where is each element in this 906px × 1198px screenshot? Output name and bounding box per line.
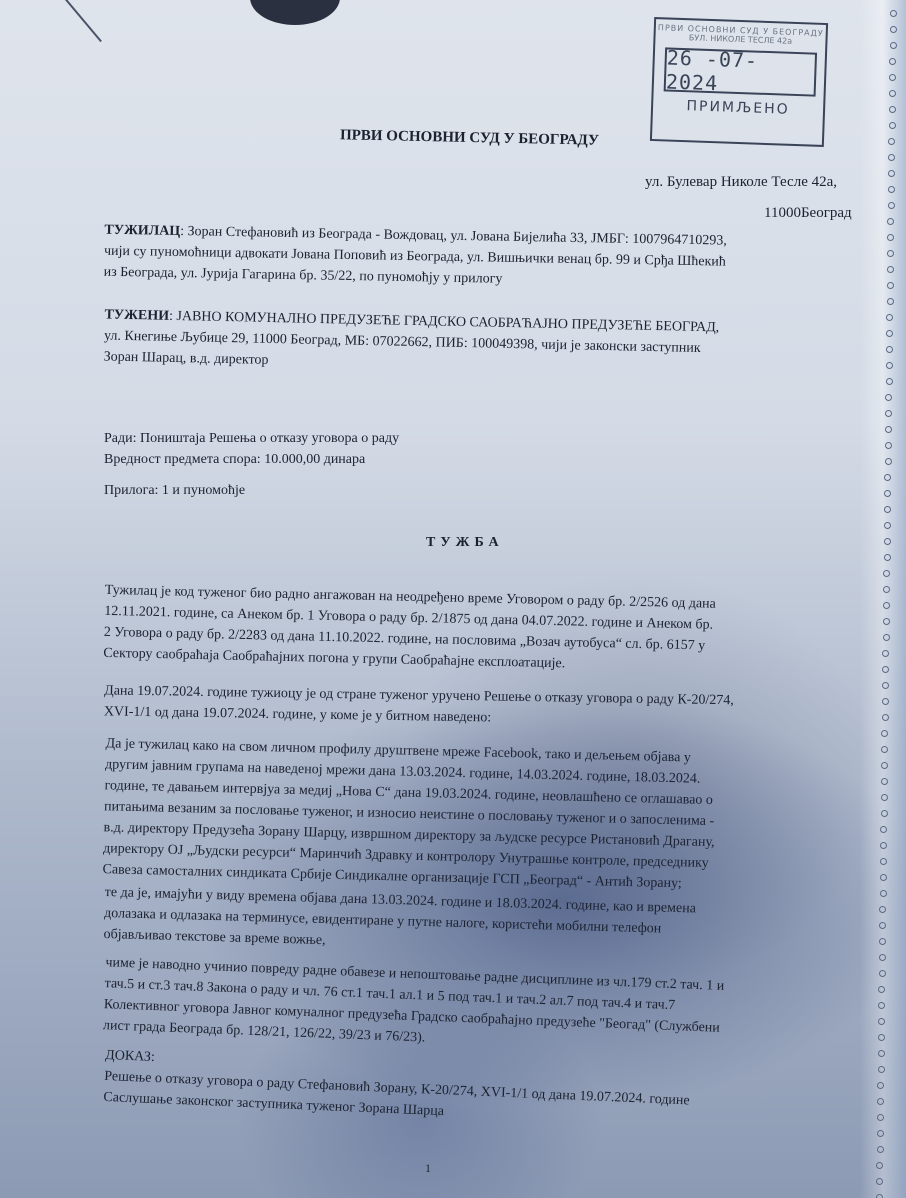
punch-hole [886, 314, 893, 321]
punch-hole [881, 730, 888, 737]
punch-hole [887, 234, 894, 241]
punch-hole [877, 1130, 884, 1137]
punch-hole [884, 474, 891, 481]
punch-hole [885, 394, 892, 401]
punch-hole [884, 506, 891, 513]
punch-hole [884, 490, 891, 497]
punch-hole [886, 346, 893, 353]
stamp-status: ПРИМЉЕНО [653, 97, 823, 119]
punch-hole [884, 538, 891, 545]
court-address-line1: ул. Булевар Николе Тесле 42а, [645, 172, 837, 192]
punch-hole [878, 1034, 885, 1041]
punch-hole [882, 682, 889, 689]
plaintiff-label: ТУЖИЛАЦ [104, 223, 180, 239]
punch-hole [889, 106, 896, 113]
punch-hole [889, 122, 896, 129]
punch-hole [885, 458, 892, 465]
punch-hole [889, 58, 896, 65]
punch-hole [885, 442, 892, 449]
punch-hole [879, 938, 886, 945]
punch-hole [879, 922, 886, 929]
punch-hole [879, 970, 886, 977]
punch-hole [883, 602, 890, 609]
punch-hole [881, 778, 888, 785]
body-paragraph-1: Тужилац је код туженог био радно ангажов… [103, 580, 825, 680]
punch-hole [885, 410, 892, 417]
punch-hole [881, 810, 888, 817]
punch-hole [887, 282, 894, 289]
punch-hole [889, 74, 896, 81]
punch-hole [883, 618, 890, 625]
punch-hole [888, 138, 895, 145]
punch-hole [878, 986, 885, 993]
punch-hole [876, 1162, 883, 1169]
punch-hole [882, 714, 889, 721]
sheet-protector-edge [860, 0, 906, 1198]
punch-hole [887, 266, 894, 273]
punch-hole [886, 362, 893, 369]
punch-hole [883, 570, 890, 577]
plaintiff-section: ТУЖИЛАЦ: Зоран Стефановић из Београда - … [104, 220, 825, 296]
page-number: 1 [425, 1158, 431, 1178]
punch-hole [883, 634, 890, 641]
punch-hole [889, 90, 896, 97]
punch-hole [878, 1002, 885, 1009]
case-info: Ради: Поништаја Решења о отказу уговора … [104, 428, 824, 501]
court-address-line2: 11000Београд [764, 203, 852, 223]
punch-hole [878, 1066, 885, 1073]
body-paragraph-3: Да је тужилац како на свом личном профил… [102, 733, 825, 898]
punch-hole [877, 1098, 884, 1105]
punch-hole [878, 1018, 885, 1025]
punch-hole [888, 202, 895, 209]
punch-hole [890, 42, 897, 49]
punch-hole [883, 586, 890, 593]
case-value: Вредност предмета спора: 10.000,00 динар… [104, 449, 824, 470]
punch-hole [882, 666, 889, 673]
punch-hole [882, 698, 889, 705]
punch-hole [886, 330, 893, 337]
punch-hole [890, 10, 897, 17]
stamp-date: 26 -07- 2024 [664, 47, 817, 96]
punch-hole [888, 186, 895, 193]
punch-hole [880, 858, 887, 865]
punch-hole [887, 298, 894, 305]
punch-hole [880, 890, 887, 897]
received-stamp: ПРВИ ОСНОВНИ СУД У БЕОГРАДУ БУЛ. НИКОЛЕ … [650, 17, 828, 147]
punch-hole [876, 1178, 883, 1185]
punch-hole [879, 906, 886, 913]
punch-hole [880, 826, 887, 833]
punch-hole [890, 26, 897, 33]
punch-hole [881, 762, 888, 769]
punch-hole [880, 842, 887, 849]
punch-hole [884, 522, 891, 529]
defendant-label: ТУЖЕНИ [104, 307, 169, 323]
punch-hole [884, 554, 891, 561]
punch-hole [888, 170, 895, 177]
punch-hole [879, 954, 886, 961]
case-subject: Ради: Поништаја Решења о отказу уговора … [104, 428, 824, 449]
punch-hole [878, 1050, 885, 1057]
punch-hole [885, 426, 892, 433]
punch-hole [880, 874, 887, 881]
punch-hole [887, 250, 894, 257]
punch-hole [882, 650, 889, 657]
document-title: ТУЖБА [426, 533, 504, 553]
punch-hole [887, 218, 894, 225]
punch-hole [886, 378, 893, 385]
punch-hole [877, 1146, 884, 1153]
punch-hole [881, 794, 888, 801]
punch-hole [876, 1194, 883, 1198]
punch-hole [877, 1114, 884, 1121]
case-attachments: Прилога: 1 и пуномоћје [104, 480, 824, 501]
punch-hole [877, 1082, 884, 1089]
punch-hole [888, 154, 895, 161]
punch-hole [881, 746, 888, 753]
